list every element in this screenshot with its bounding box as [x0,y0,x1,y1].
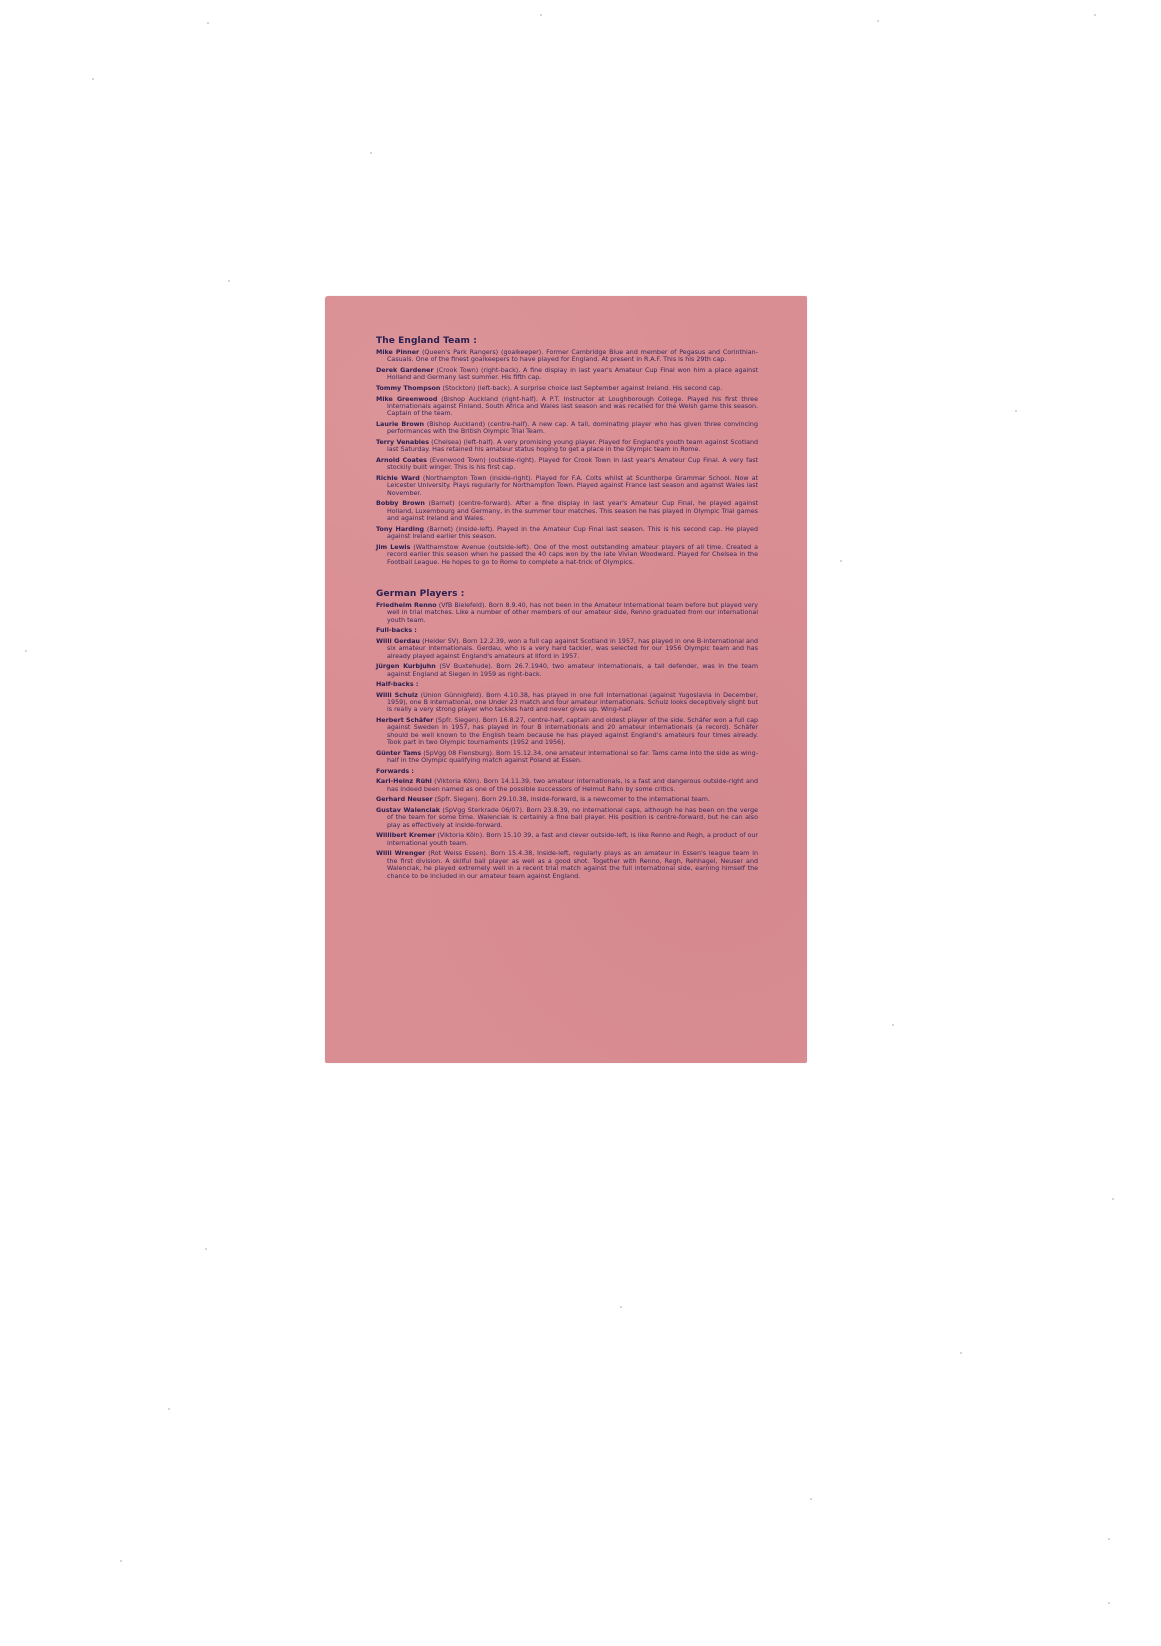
german-goalkeeper: Friedhelm Renno (VfB Bielefeld). Born 8.… [376,602,758,624]
player-name: Karl-Heinz Rühl [376,778,432,785]
player-entry: Mike Pinner (Queen's Park Rangers) (goal… [376,349,758,364]
player-entry: Tony Harding (Barnet) (inside-left). Pla… [376,526,758,541]
player-entry: Willi Gerdau (Heider SV). Born 12.2.39, … [376,638,758,660]
player-entry: Arnold Coates (Evenwood Town) (outside-r… [376,457,758,472]
player-name: Gerhard Neuser [376,796,433,803]
player-name: Günter Tams [376,750,421,757]
player-description: (Stockton) (left-back). A surprise choic… [440,385,722,392]
page-content: The England Team : Mike Pinner (Queen's … [376,336,758,883]
player-entry: Mike Greenwood (Bishop Auckland (right-h… [376,396,758,418]
player-description: (Evenwood Town) (outside-right). Played … [387,457,758,471]
player-entry: Tommy Thompson (Stockton) (left-back). A… [376,385,758,392]
player-description: (Walthamstow Avenue (outside-left). One … [387,544,758,566]
player-description: (Chelsea) (left-half). A very promising … [387,439,758,453]
scan-speck [810,1498,812,1500]
german-forwards-list: Karl-Heinz Rühl (Viktoria Köln). Born 14… [376,778,758,880]
player-description: (Viktoria Köln). Born 15.10 39, a fast a… [387,832,758,846]
halfbacks-heading: Half-backs : [376,681,758,688]
player-entry: Jürgen Kurbjuhn (SV Buxtehude). Born 26.… [376,663,758,678]
player-description: (SpVgg 08 Flensburg). Born 15.12.34, one… [387,750,758,764]
player-entry: Willi Schulz (Union Günnigfeld). Born 4.… [376,692,758,714]
programme-page: The England Team : Mike Pinner (Queen's … [325,296,807,1063]
scan-speck [92,78,94,80]
scan-speck [205,1248,207,1250]
scan-speck [840,560,842,562]
player-description: (Viktoria Köln). Born 14.11.39, two amat… [387,778,758,792]
scan-speck [168,1408,170,1410]
player-description: (Barnet) (inside-left). Played in the Am… [387,526,758,540]
player-description: (Union Günnigfeld). Born 4.10.38, has pl… [387,692,758,714]
player-description: (SpVgg Sterkrade 06/07). Born 23.8.39, n… [387,807,758,829]
scan-speck [540,14,542,16]
player-entry: Jim Lewis (Walthamstow Avenue (outside-l… [376,544,758,566]
german-fullbacks-list: Willi Gerdau (Heider SV). Born 12.2.39, … [376,638,758,678]
player-name: Gustav Walenciak [376,807,440,814]
player-description: (Crook Town) (right-back). A fine displa… [387,367,758,381]
player-entry: Gerhard Neuser (Spfr. Siegen). Born 29.1… [376,796,758,803]
player-name: Tony Harding [376,526,424,533]
player-name: Richie Ward [376,475,420,482]
player-description: (Northampton Town (inside-right). Played… [387,475,758,497]
player-name: Mike Greenwood [376,396,437,403]
german-players-heading: German Players : [376,589,758,599]
player-description: (Barnet) (centre-forward). After a fine … [387,500,758,522]
player-description: (VfB Bielefeld). Born 8.9.40, has not be… [387,602,758,624]
scan-speck [1108,1538,1110,1540]
scan-speck [892,1024,894,1026]
player-name: Friedhelm Renno [376,602,437,609]
player-name: Tommy Thompson [376,385,440,392]
player-name: Willi Wrenger [376,850,425,857]
player-name: Jürgen Kurbjuhn [376,663,436,670]
player-name: Laurie Brown [376,421,424,428]
england-team-heading: The England Team : [376,336,758,346]
player-name: Jim Lewis [376,544,410,551]
player-entry: Willibert Kremer (Viktoria Köln). Born 1… [376,832,758,847]
scan-speck [1108,1602,1110,1604]
player-entry: Bobby Brown (Barnet) (centre-forward). A… [376,500,758,522]
scan-speck [207,22,209,24]
scan-speck [620,1306,622,1308]
player-entry: Herbert Schäfer (Spfr. Siegen). Born 16.… [376,717,758,747]
player-entry: Karl-Heinz Rühl (Viktoria Köln). Born 14… [376,778,758,793]
scan-speck [228,280,230,282]
player-entry: Friedhelm Renno (VfB Bielefeld). Born 8.… [376,602,758,624]
player-name: Mike Pinner [376,349,419,356]
fullbacks-heading: Full-backs : [376,627,758,634]
england-player-list: Mike Pinner (Queen's Park Rangers) (goal… [376,349,758,566]
player-name: Willi Schulz [376,692,418,699]
scan-speck [1112,1198,1114,1200]
player-description: (Queen's Park Rangers) (goalkeeper). For… [387,349,758,363]
player-name: Derek Gardener [376,367,434,374]
player-entry: Gustav Walenciak (SpVgg Sterkrade 06/07)… [376,807,758,829]
player-description: (Bishop Auckland (right-half). A P.T. In… [387,396,758,418]
player-name: Herbert Schäfer [376,717,433,724]
player-name: Bobby Brown [376,500,425,507]
player-entry: Derek Gardener (Crook Town) (right-back)… [376,367,758,382]
player-description: (SV Buxtehude). Born 26.7.1940, two amat… [387,663,758,677]
scan-speck [877,20,879,22]
player-name: Arnold Coates [376,457,427,464]
player-description: (Spfr. Siegen). Born 16.8.27, centre-hal… [387,717,758,746]
player-name: Terry Venables [376,439,429,446]
player-name: Willibert Kremer [376,832,435,839]
player-description: (Spfr. Siegen). Born 29.10.38, inside-fo… [433,796,710,803]
player-entry: Laurie Brown (Bishop Auckland) (centre-h… [376,421,758,436]
player-description: (Rot Weiss Essen). Born 15.4.38, Inside-… [387,850,758,879]
forwards-heading: Forwards : [376,768,758,775]
player-entry: Günter Tams (SpVgg 08 Flensburg). Born 1… [376,750,758,765]
player-description: (Heider SV). Born 12.2.39, won a full ca… [387,638,758,660]
scan-speck [25,650,27,652]
player-entry: Willi Wrenger (Rot Weiss Essen). Born 15… [376,850,758,880]
scan-speck [120,1560,122,1562]
player-entry: Terry Venables (Chelsea) (left-half). A … [376,439,758,454]
scan-speck [370,152,372,154]
scan-speck [1094,14,1096,16]
german-halfbacks-list: Willi Schulz (Union Günnigfeld). Born 4.… [376,692,758,765]
player-name: Willi Gerdau [376,638,420,645]
scan-speck [1015,410,1017,412]
player-description: (Bishop Auckland) (centre-half). A new c… [387,421,758,435]
player-entry: Richie Ward (Northampton Town (inside-ri… [376,475,758,497]
scan-speck [960,1352,962,1354]
